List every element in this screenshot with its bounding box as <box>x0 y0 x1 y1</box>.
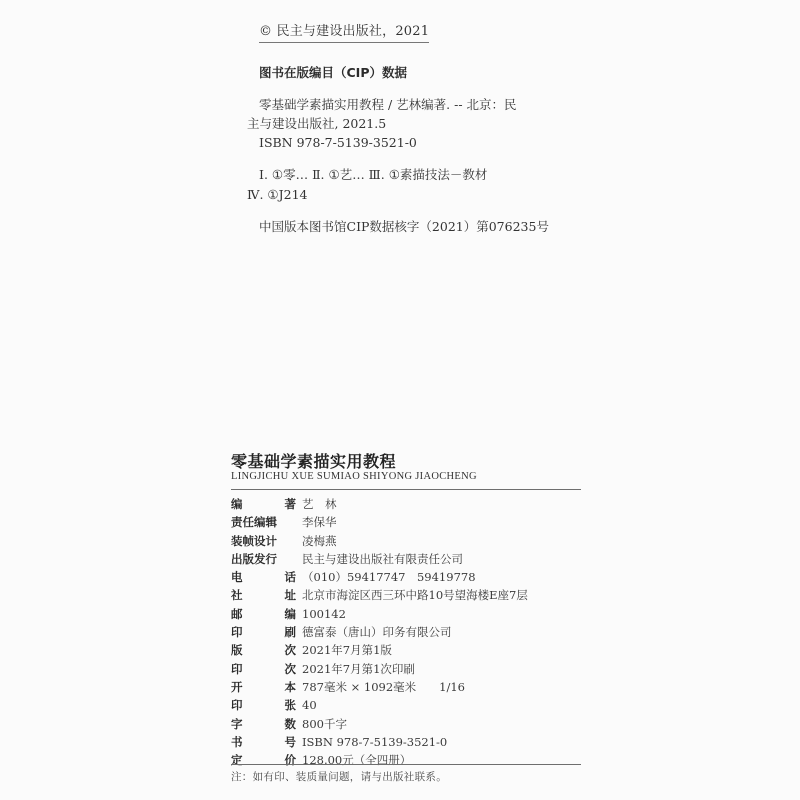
cip-isbn: ISBN 978-7-5139-3521-0 <box>259 133 417 153</box>
copyright-line: © 民主与建设出版社，2021 <box>259 20 429 43</box>
cip-classification: Ⅳ. ①J214 <box>247 185 308 205</box>
detail-label: 字 数 <box>231 715 302 733</box>
divider-top <box>231 489 581 490</box>
divider-bottom <box>231 764 581 765</box>
detail-value: 128.00元（全四册） <box>302 751 411 769</box>
cip-subject-line: Ⅰ. ①零… Ⅱ. ①艺… Ⅲ. ①素描技法－教材 <box>259 165 487 185</box>
cip-record-number: 中国版本图书馆CIP数据核字（2021）第076235号 <box>259 217 549 237</box>
detail-row-printing: 印 次 2021年7月第1次印刷 <box>231 660 591 678</box>
detail-label: 邮 编 <box>231 605 302 623</box>
detail-value: 李保华 <box>302 513 337 531</box>
detail-row-address: 社 址 北京市海淀区西三环中路10号望海楼E座7层 <box>231 586 591 604</box>
cip-entry-line-2: 主与建设出版社, 2021.5 <box>247 114 386 134</box>
detail-row-editor: 责任编辑 李保华 <box>231 513 591 531</box>
detail-label: 书 号 <box>231 733 302 751</box>
detail-row-phone: 电 话 （010）59417747 59419778 <box>231 568 591 586</box>
detail-value: 北京市海淀区西三环中路10号望海楼E座7层 <box>302 586 528 604</box>
detail-row-author: 编 著 艺 林 <box>231 495 591 513</box>
detail-label: 责任编辑 <box>231 513 302 531</box>
detail-row-format: 开 本 787毫米 × 1092毫米 1/16 <box>231 678 591 696</box>
detail-label: 社 址 <box>231 586 302 604</box>
detail-row-edition: 版 次 2021年7月第1版 <box>231 641 591 659</box>
detail-row-designer: 装帧设计 凌梅燕 <box>231 532 591 550</box>
detail-value: 2021年7月第1版 <box>302 641 392 659</box>
detail-label: 电 话 <box>231 568 302 586</box>
cip-entry-line-1: 零基础学素描实用教程 / 艺林编著. -- 北京：民 <box>259 95 517 115</box>
detail-value: 民主与建设出版社有限责任公司 <box>302 550 463 568</box>
detail-label: 印 刷 <box>231 623 302 641</box>
detail-value: ISBN 978-7-5139-3521-0 <box>302 733 447 751</box>
footnote: 注：如有印、装质量问题，请与出版社联系。 <box>231 769 447 784</box>
detail-label: 装帧设计 <box>231 532 302 550</box>
detail-row-publisher: 出版发行 民主与建设出版社有限责任公司 <box>231 550 591 568</box>
book-pinyin-title: LINGJICHU XUE SUMIAO SHIYONG JIAOCHENG <box>231 471 477 482</box>
detail-value: 40 <box>302 696 317 714</box>
detail-label: 编 著 <box>231 495 302 513</box>
colophon-details: 编 著 艺 林 责任编辑 李保华 装帧设计 凌梅燕 出版发行 民主与建设出版社有… <box>231 495 591 769</box>
detail-label: 开 本 <box>231 678 302 696</box>
detail-label: 出版发行 <box>231 550 302 568</box>
detail-row-postcode: 邮 编 100142 <box>231 605 591 623</box>
detail-value: 德富泰（唐山）印务有限公司 <box>302 623 452 641</box>
detail-value: 艺 林 <box>302 495 337 513</box>
detail-row-word-count: 字 数 800千字 <box>231 715 591 733</box>
detail-row-sheets: 印 张 40 <box>231 696 591 714</box>
detail-row-isbn: 书 号 ISBN 978-7-5139-3521-0 <box>231 733 591 751</box>
detail-row-printer: 印 刷 德富泰（唐山）印务有限公司 <box>231 623 591 641</box>
detail-value: 2021年7月第1次印刷 <box>302 660 415 678</box>
detail-label: 版 次 <box>231 641 302 659</box>
detail-value: 787毫米 × 1092毫米 1/16 <box>302 678 465 696</box>
detail-label: 定 价 <box>231 751 302 769</box>
detail-value: 800千字 <box>302 715 347 733</box>
detail-value: （010）59417747 59419778 <box>302 568 476 586</box>
book-title: 零基础学素描实用教程 <box>231 449 396 472</box>
detail-row-price: 定 价 128.00元（全四册） <box>231 751 591 769</box>
detail-value: 凌梅燕 <box>302 532 337 550</box>
detail-label: 印 次 <box>231 660 302 678</box>
detail-value: 100142 <box>302 605 346 623</box>
detail-label: 印 张 <box>231 696 302 714</box>
cip-heading: 图书在版编目（CIP）数据 <box>259 63 407 81</box>
